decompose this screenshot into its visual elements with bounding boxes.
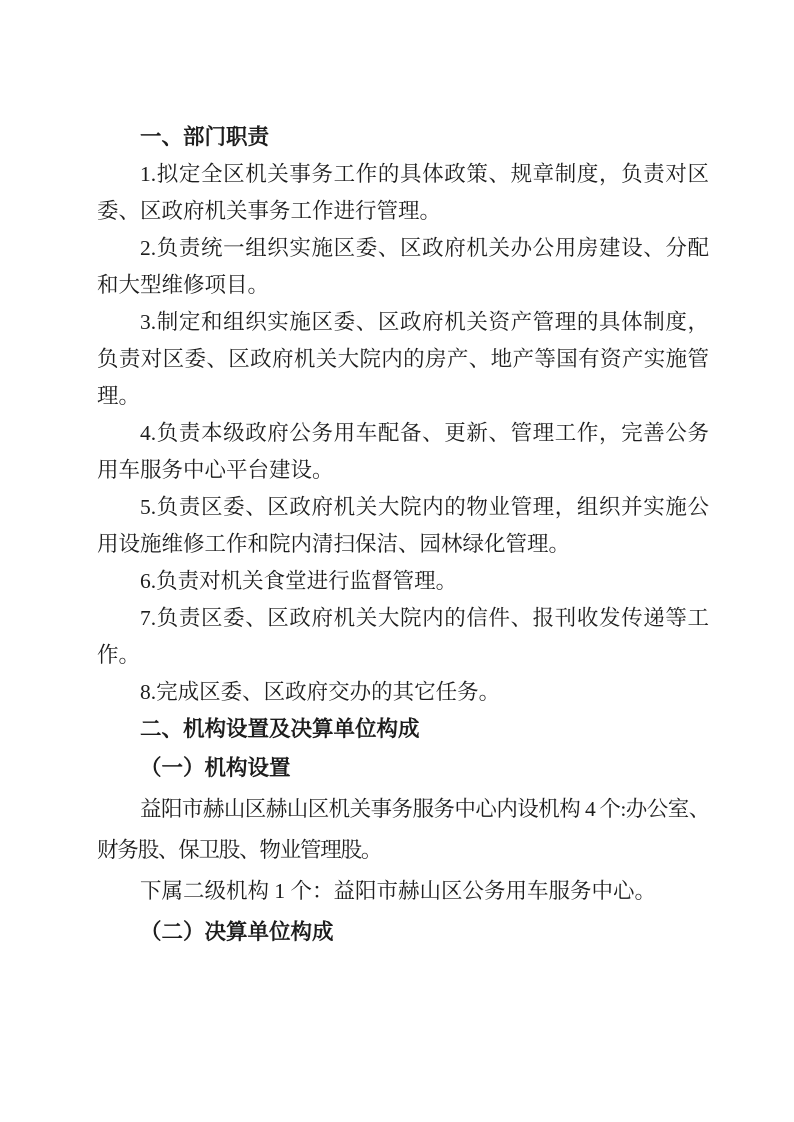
- duty-item-5: 5.负责区委、区政府机关大院内的物业管理，组织并实施公用设施维修工作和院内清扫保…: [97, 489, 709, 563]
- section2-heading: 二、机构设置及决算单位构成: [97, 711, 709, 748]
- subordinate-org-paragraph: 下属二级机构 1 个：益阳市赫山区公务用车服务中心。: [97, 871, 709, 912]
- section2-sub1-heading: （一）机构设置: [97, 748, 709, 789]
- document-body: 一、部门职责 1.拟定全区机关事务工作的具体政策、规章制度，负责对区委、区政府机…: [97, 119, 709, 953]
- section1-heading: 一、部门职责: [97, 119, 709, 156]
- duty-item-4: 4.负责本级政府公务用车配备、更新、管理工作，完善公务用车服务中心平台建设。: [97, 415, 709, 489]
- org-setup-paragraph: 益阳市赫山区赫山区机关事务服务中心内设机构 4 个:办公室、财务股、保卫股、物业…: [97, 789, 709, 871]
- document-page: 一、部门职责 1.拟定全区机关事务工作的具体政策、规章制度，负责对区委、区政府机…: [0, 0, 794, 1122]
- duty-item-8: 8.完成区委、区政府交办的其它任务。: [97, 674, 709, 711]
- duty-item-7: 7.负责区委、区政府机关大院内的信件、报刊收发传递等工作。: [97, 600, 709, 674]
- duty-item-3: 3.制定和组织实施区委、区政府机关资产管理的具体制度，负责对区委、区政府机关大院…: [97, 304, 709, 415]
- duty-item-6: 6.负责对机关食堂进行监督管理。: [97, 563, 709, 600]
- duty-item-1: 1.拟定全区机关事务工作的具体政策、规章制度，负责对区委、区政府机关事务工作进行…: [97, 156, 709, 230]
- section2-sub2-heading: （二）决算单位构成: [97, 912, 709, 953]
- duty-item-2: 2.负责统一组织实施区委、区政府机关办公用房建设、分配和大型维修项目。: [97, 230, 709, 304]
